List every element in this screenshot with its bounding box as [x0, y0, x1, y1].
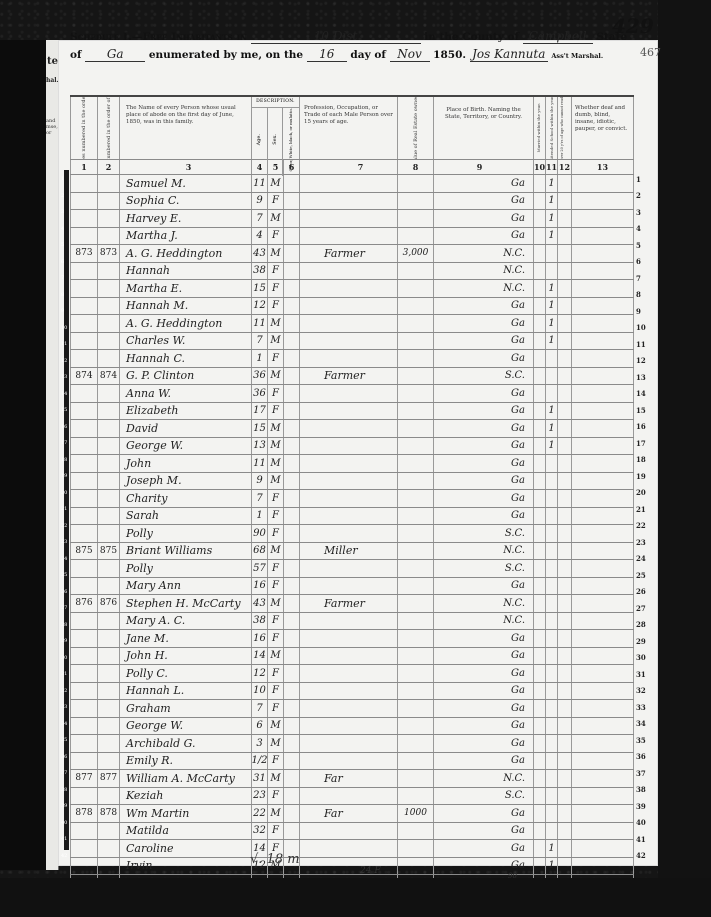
name-cell: Emily R.: [120, 753, 252, 770]
married-cell: [534, 613, 546, 630]
name-cell: Graham: [120, 700, 252, 717]
real-estate-cell: [398, 630, 434, 647]
name-cell: Joseph M.: [120, 473, 252, 490]
family-cell: [98, 280, 120, 297]
birthplace-cell: Ga: [434, 648, 534, 665]
illiterate-cell: [558, 525, 572, 542]
illiterate-cell: [558, 403, 572, 420]
real-estate-cell: [398, 210, 434, 227]
color-cell: [284, 333, 300, 350]
left-line-number: 42: [61, 848, 69, 865]
school-cell: 1: [546, 438, 558, 455]
age-cell: 38: [252, 613, 268, 630]
real-estate-cell: [398, 735, 434, 752]
left-line-numbers: 1234567891011121314151617181920212223242…: [61, 171, 69, 864]
married-cell: [534, 805, 546, 822]
married-cell: [534, 595, 546, 612]
occupation-cell: [300, 315, 398, 332]
col-header-dwelling: Dwelling-houses numbered in the order of…: [70, 97, 98, 159]
married-cell: [534, 683, 546, 700]
school-cell: 1: [546, 403, 558, 420]
real-estate-cell: [398, 665, 434, 682]
left-line-number: 26: [61, 584, 69, 601]
state-label: State: [596, 31, 627, 43]
disability-cell: [572, 350, 634, 367]
table-row: 876876Stephen H. McCarty43MFarmerN.C.: [70, 595, 634, 613]
school-cell: [546, 525, 558, 542]
disability-cell: [572, 315, 634, 332]
line-number: 7: [636, 270, 656, 287]
left-line-number: 15: [61, 402, 69, 419]
dwelling-cell: [70, 193, 98, 210]
disability-cell: [572, 245, 634, 262]
color-cell: [284, 613, 300, 630]
family-cell: 878: [98, 805, 120, 822]
occupation-cell: [300, 613, 398, 630]
illiterate-cell: [558, 648, 572, 665]
real-estate-cell: [398, 770, 434, 787]
sex-cell: M: [268, 805, 284, 822]
line-number: 23: [636, 534, 656, 551]
real-estate-cell: [398, 193, 434, 210]
scan-right-edge: [658, 0, 711, 917]
married-cell: [534, 823, 546, 840]
illiterate-cell: [558, 858, 572, 875]
line-number: 31: [636, 666, 656, 683]
school-cell: [546, 543, 558, 560]
left-line-number: 3: [61, 204, 69, 221]
occupation-cell: [300, 665, 398, 682]
margin-fragment-1: te: [47, 56, 58, 67]
line-number: 36: [636, 749, 656, 766]
married-cell: [534, 193, 546, 210]
color-cell: [284, 508, 300, 525]
month-field: Nov: [390, 48, 430, 62]
married-cell: [534, 263, 546, 280]
census-table: Dwelling-houses numbered in the order of…: [70, 95, 634, 910]
real-estate-cell: [398, 438, 434, 455]
schedule-title: Schedule I.—Free Inhabitants in: [70, 31, 247, 43]
family-cell: [98, 455, 120, 472]
married-cell: [534, 753, 546, 770]
married-cell: [534, 473, 546, 490]
age-cell: 90: [252, 525, 268, 542]
line-number: 32: [636, 683, 656, 700]
table-row: Hannah M.12FGa1: [70, 298, 634, 316]
table-row: Charles W.7MGa1: [70, 333, 634, 351]
dwelling-cell: [70, 263, 98, 280]
table-row: 873873A. G. Heddington43MFarmer3,000N.C.: [70, 245, 634, 263]
line-number: 38: [636, 782, 656, 799]
birthplace-cell: Ga: [434, 840, 534, 857]
disability-cell: [572, 368, 634, 385]
table-row: John11MGa: [70, 455, 634, 473]
color-cell: [284, 455, 300, 472]
occupation-cell: [300, 700, 398, 717]
color-cell: [284, 228, 300, 245]
dwelling-cell: [70, 630, 98, 647]
age-cell: 32: [252, 823, 268, 840]
sex-cell: F: [268, 665, 284, 682]
color-cell: [284, 525, 300, 542]
color-cell: [284, 788, 300, 805]
table-row: Sarah1FGa: [70, 508, 634, 526]
occupation-cell: [300, 683, 398, 700]
column-number: 9: [434, 160, 534, 174]
color-cell: [284, 245, 300, 262]
married-cell: [534, 315, 546, 332]
table-row: Sophia C.9FGa1: [70, 193, 634, 211]
sex-cell: M: [268, 245, 284, 262]
line-number: 18: [636, 452, 656, 469]
birthplace-cell: Ga: [434, 455, 534, 472]
color-cell: [284, 280, 300, 297]
family-cell: [98, 840, 120, 857]
school-cell: [546, 455, 558, 472]
real-estate-cell: [398, 578, 434, 595]
name-cell: Caroline: [120, 840, 252, 857]
year-label: 1850.: [433, 49, 466, 61]
family-cell: [98, 823, 120, 840]
sex-cell: M: [268, 648, 284, 665]
disability-cell: [572, 385, 634, 402]
table-row: George W.6MGa: [70, 718, 634, 736]
age-cell: 9: [252, 473, 268, 490]
real-estate-cell: [398, 613, 434, 630]
table-row: 874874G. P. Clinton36MFarmerS.C.: [70, 368, 634, 386]
illiterate-cell: [558, 473, 572, 490]
real-estate-cell: [398, 560, 434, 577]
disability-cell: [572, 613, 634, 630]
birthplace-cell: Ga: [434, 385, 534, 402]
occupation-cell: [300, 578, 398, 595]
real-estate-cell: 3,000: [398, 245, 434, 262]
disability-cell: [572, 455, 634, 472]
disability-cell: [572, 473, 634, 490]
table-row: Polly90FS.C.: [70, 525, 634, 543]
name-cell: Irvin: [120, 858, 252, 875]
birthplace-cell: Ga: [434, 665, 534, 682]
column-number: 13: [572, 160, 634, 174]
age-cell: 11: [252, 455, 268, 472]
real-estate-cell: [398, 333, 434, 350]
family-cell: [98, 263, 120, 280]
left-line-number: 16: [61, 419, 69, 436]
occupation-cell: [300, 350, 398, 367]
name-cell: George W.: [120, 718, 252, 735]
sex-cell: M: [268, 735, 284, 752]
disability-cell: [572, 193, 634, 210]
col-header-name: The Name of every Person whose usual pla…: [120, 97, 252, 159]
disability-cell: [572, 210, 634, 227]
disability-cell: [572, 420, 634, 437]
married-cell: [534, 700, 546, 717]
illiterate-cell: [558, 298, 572, 315]
table-row: Emily R.1/2FGa: [70, 753, 634, 771]
dwelling-cell: [70, 280, 98, 297]
school-cell: [546, 368, 558, 385]
school-cell: [546, 245, 558, 262]
birthplace-cell: N.C.: [434, 245, 534, 262]
column-number: 11: [546, 160, 558, 174]
line-number: 19: [636, 468, 656, 485]
disability-cell: [572, 578, 634, 595]
birthplace-cell: N.C.: [434, 543, 534, 560]
county-label: in the County of: [424, 31, 519, 43]
school-cell: 1: [546, 858, 558, 875]
age-cell: 22: [252, 805, 268, 822]
illiterate-cell: [558, 490, 572, 507]
col-header-family: Families numbered in the order of visita…: [98, 97, 120, 159]
disability-cell: [572, 840, 634, 857]
name-cell: Sarah: [120, 508, 252, 525]
disability-cell: [572, 630, 634, 647]
line-number: 30: [636, 650, 656, 667]
married-cell: [534, 665, 546, 682]
left-line-number: 36: [61, 749, 69, 766]
table-row: Irvin12MGa1: [70, 858, 634, 876]
color-cell: [284, 665, 300, 682]
married-cell: [534, 578, 546, 595]
sex-cell: F: [268, 630, 284, 647]
occupation-cell: [300, 455, 398, 472]
real-estate-cell: [398, 175, 434, 192]
sex-cell: M: [268, 333, 284, 350]
birthplace-cell: Ga: [434, 350, 534, 367]
left-line-number: 17: [61, 435, 69, 452]
birthplace-cell: Ga: [434, 438, 534, 455]
name-cell: Harvey E.: [120, 210, 252, 227]
name-cell: John H.: [120, 648, 252, 665]
birthplace-cell: N.C.: [434, 280, 534, 297]
occupation-cell: [300, 263, 398, 280]
school-cell: [546, 508, 558, 525]
birthplace-cell: Ga: [434, 210, 534, 227]
disability-cell: [572, 560, 634, 577]
dwelling-cell: [70, 700, 98, 717]
column-number: 3: [120, 160, 252, 174]
table-row: Mary Ann16FGa: [70, 578, 634, 596]
left-line-number: 19: [61, 468, 69, 485]
dwelling-cell: [70, 613, 98, 630]
family-cell: [98, 525, 120, 542]
disability-cell: [572, 508, 634, 525]
age-cell: 36: [252, 368, 268, 385]
birthplace-cell: Ga: [434, 805, 534, 822]
name-cell: Charity: [120, 490, 252, 507]
sex-cell: F: [268, 403, 284, 420]
table-row: Keziah23FS.C.: [70, 788, 634, 806]
table-row: Jane M.16FGa: [70, 630, 634, 648]
table-row: A. G. Heddington11MGa1: [70, 315, 634, 333]
sex-cell: F: [268, 508, 284, 525]
occupation-cell: [300, 228, 398, 245]
school-cell: [546, 263, 558, 280]
birthplace-cell: Ga: [434, 700, 534, 717]
school-cell: [546, 770, 558, 787]
column-number: 2: [98, 160, 120, 174]
table-row: George W.13MGa1: [70, 438, 634, 456]
married-cell: [534, 245, 546, 262]
age-cell: 16: [252, 578, 268, 595]
birthplace-cell: N.C.: [434, 613, 534, 630]
sex-cell: M: [268, 473, 284, 490]
column-number: 4: [252, 160, 268, 174]
school-cell: [546, 700, 558, 717]
line-number: 3: [636, 204, 656, 221]
line-number: 9: [636, 303, 656, 320]
left-line-number: 40: [61, 815, 69, 832]
line-number: 26: [636, 584, 656, 601]
table-row: Mary A. C.38FN.C.: [70, 613, 634, 631]
occupation-cell: [300, 403, 398, 420]
name-cell: William A. McCarty: [120, 770, 252, 787]
dwelling-cell: [70, 455, 98, 472]
illiterate-cell: [558, 700, 572, 717]
occupation-cell: [300, 298, 398, 315]
occupation-cell: Farmer: [300, 595, 398, 612]
table-row: Matilda32FGa: [70, 823, 634, 841]
illiterate-cell: [558, 315, 572, 332]
age-cell: 38: [252, 263, 268, 280]
school-cell: [546, 648, 558, 665]
tally-note: √. 18 m: [250, 852, 300, 867]
dwelling-cell: [70, 315, 98, 332]
left-line-number: 31: [61, 666, 69, 683]
illiterate-cell: [558, 665, 572, 682]
age-cell: 14: [252, 648, 268, 665]
school-cell: [546, 595, 558, 612]
line-number: 5: [636, 237, 656, 254]
age-cell: 31: [252, 770, 268, 787]
color-cell: [284, 473, 300, 490]
illiterate-cell: [558, 840, 572, 857]
birthplace-cell: Ga: [434, 175, 534, 192]
scan-bottom-edge: [0, 878, 711, 917]
birthplace-cell: S.C.: [434, 368, 534, 385]
age-cell: 10: [252, 683, 268, 700]
disability-cell: [572, 595, 634, 612]
name-cell: Elizabeth: [120, 403, 252, 420]
sex-cell: F: [268, 613, 284, 630]
disability-cell: [572, 805, 634, 822]
disability-cell: [572, 228, 634, 245]
name-cell: Hannah C.: [120, 350, 252, 367]
column-number: 7: [300, 160, 398, 174]
left-line-number: 38: [61, 782, 69, 799]
real-estate-cell: [398, 228, 434, 245]
of-label: of: [70, 49, 82, 61]
occupation-cell: [300, 788, 398, 805]
color-cell: [284, 648, 300, 665]
married-cell: [534, 280, 546, 297]
table-row: Hannah38FN.C.: [70, 263, 634, 281]
dwelling-cell: [70, 858, 98, 875]
real-estate-cell: [398, 543, 434, 560]
line-number: 4: [636, 221, 656, 238]
dwelling-cell: [70, 403, 98, 420]
real-estate-cell: 1000: [398, 805, 434, 822]
family-cell: [98, 438, 120, 455]
color-cell: [284, 175, 300, 192]
column-number: 1: [70, 160, 98, 174]
name-cell: Polly: [120, 525, 252, 542]
age-cell: 23: [252, 788, 268, 805]
age-cell: 12: [252, 298, 268, 315]
age-cell: 1: [252, 508, 268, 525]
married-cell: [534, 298, 546, 315]
illiterate-cell: [558, 683, 572, 700]
age-cell: 17: [252, 403, 268, 420]
illiterate-cell: [558, 210, 572, 227]
school-cell: [546, 490, 558, 507]
dwelling-cell: [70, 683, 98, 700]
line-number: 16: [636, 419, 656, 436]
real-estate-cell: [398, 718, 434, 735]
dwelling-cell: [70, 175, 98, 192]
color-cell: [284, 298, 300, 315]
family-cell: [98, 718, 120, 735]
table-row: Martha E.15FN.C.1: [70, 280, 634, 298]
illiterate-cell: [558, 350, 572, 367]
color-cell: [284, 543, 300, 560]
married-cell: [534, 543, 546, 560]
tally-note-2: 24 F: [360, 866, 381, 876]
real-estate-cell: [398, 525, 434, 542]
left-line-number: 10: [61, 320, 69, 337]
schedule-header-line1: Schedule I.—Free Inhabitants in 10 Dist …: [70, 30, 627, 44]
left-line-number: 11: [61, 336, 69, 353]
col-header-description: DESCRIPTION. Age. Sex. Color, White, bla…: [252, 97, 300, 159]
name-cell: Martha J.: [120, 228, 252, 245]
illiterate-cell: [558, 718, 572, 735]
family-cell: [98, 613, 120, 630]
sex-cell: F: [268, 560, 284, 577]
married-cell: [534, 438, 546, 455]
family-cell: [98, 420, 120, 437]
name-cell: Matilda: [120, 823, 252, 840]
margin-fragment-2: hal.: [46, 77, 59, 84]
family-cell: [98, 193, 120, 210]
school-cell: 1: [546, 315, 558, 332]
occupation-cell: [300, 735, 398, 752]
disability-cell: [572, 735, 634, 752]
family-cell: 876: [98, 595, 120, 612]
family-cell: [98, 630, 120, 647]
married-cell: [534, 228, 546, 245]
real-estate-cell: [398, 490, 434, 507]
age-cell: 68: [252, 543, 268, 560]
table-row: Elizabeth17FGa1: [70, 403, 634, 421]
disability-cell: [572, 770, 634, 787]
disability-cell: [572, 700, 634, 717]
family-cell: [98, 508, 120, 525]
school-cell: 1: [546, 210, 558, 227]
married-cell: [534, 210, 546, 227]
left-line-number: 35: [61, 732, 69, 749]
sex-cell: M: [268, 175, 284, 192]
occupation-cell: [300, 823, 398, 840]
name-cell: Keziah: [120, 788, 252, 805]
age-cell: 7: [252, 333, 268, 350]
left-line-number: 14: [61, 386, 69, 403]
name-cell: Samuel M.: [120, 175, 252, 192]
married-cell: [534, 420, 546, 437]
birthplace-cell: Ga: [434, 193, 534, 210]
sex-cell: M: [268, 455, 284, 472]
age-cell: 9: [252, 193, 268, 210]
family-cell: [98, 315, 120, 332]
